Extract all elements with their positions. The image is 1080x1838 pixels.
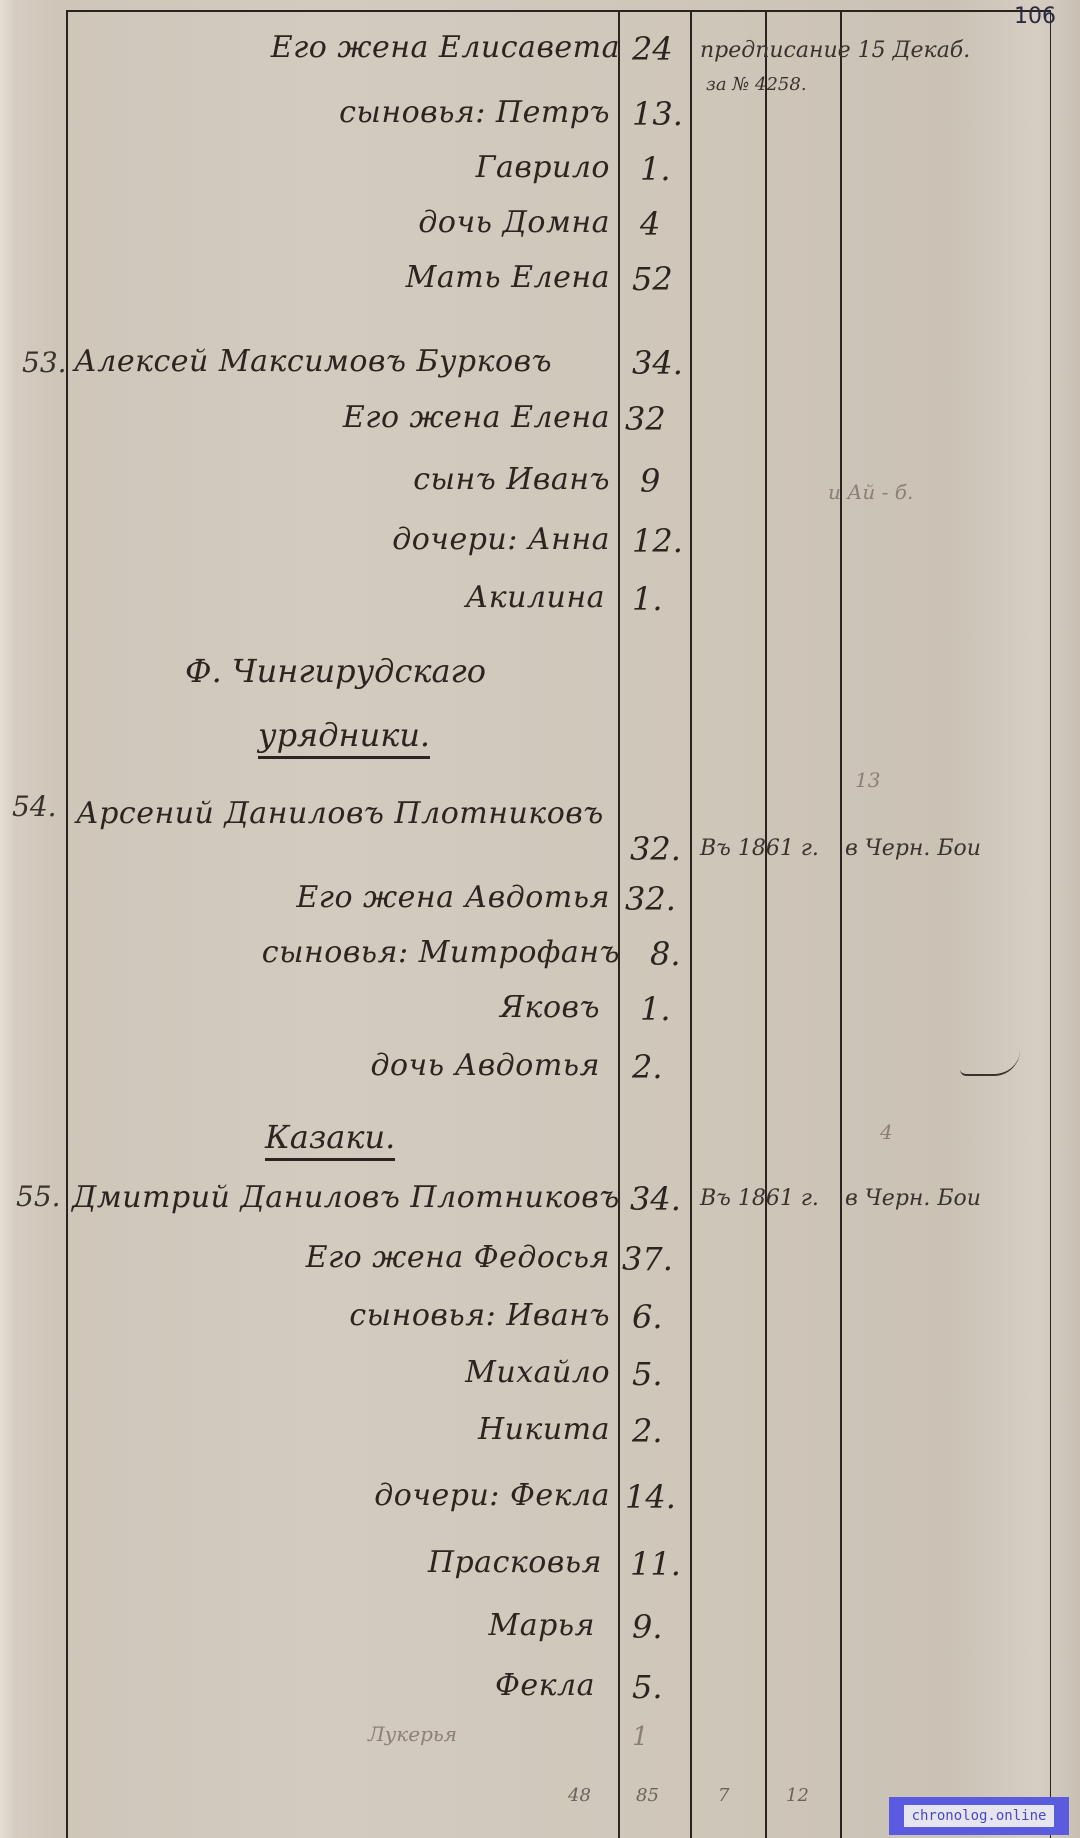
entry-text: Его жена Елисавета bbox=[271, 30, 620, 65]
entry-age: 6. bbox=[632, 1298, 663, 1336]
pencil-note: и Ай - б. bbox=[828, 480, 913, 504]
column-rule-col3 bbox=[765, 10, 767, 1838]
entry-age: 1. bbox=[632, 580, 663, 618]
section-heading-line1: Ф. Чингирудскаго bbox=[185, 652, 486, 692]
entry-text: дочь Домна bbox=[418, 205, 610, 240]
pencil-age: 1 bbox=[632, 1722, 649, 1752]
entry-age: 4 bbox=[640, 205, 660, 243]
signature-flourish bbox=[960, 1050, 1020, 1076]
top-rule bbox=[66, 10, 1051, 12]
entry-text: Его жена Авдотья bbox=[296, 880, 610, 915]
entry-text: Его жена Федосья bbox=[306, 1240, 610, 1275]
page-edge bbox=[0, 0, 18, 1838]
row-number: 55. bbox=[16, 1180, 61, 1213]
column-rule-right bbox=[1050, 10, 1051, 1838]
entry-text: Мать Елена bbox=[406, 260, 610, 295]
total-col4: 12 bbox=[786, 1785, 809, 1806]
pencil-mark: 13 bbox=[855, 768, 880, 792]
entry-text: Фекла bbox=[495, 1668, 595, 1703]
entry-text: Яковъ bbox=[500, 990, 600, 1025]
entry-note-right: в Черн. Бои bbox=[845, 1186, 981, 1211]
pencil-entry: Лукерья bbox=[368, 1722, 457, 1746]
entry-age: 5. bbox=[632, 1355, 663, 1393]
entry-text: дочери: Анна bbox=[392, 522, 610, 557]
entry-note: Въ 1861 г. bbox=[700, 836, 819, 861]
entry-text: Его жена Елена bbox=[343, 400, 610, 435]
entry-age: 9 bbox=[640, 462, 660, 500]
entry-text: сынъ Иванъ bbox=[413, 462, 610, 497]
entry-age: 14. bbox=[625, 1478, 676, 1516]
entry-age: 24 bbox=[632, 30, 673, 68]
entry-age: 13. bbox=[632, 95, 683, 133]
entry-age: 5. bbox=[632, 1668, 663, 1706]
watermark-badge: chronolog.online bbox=[889, 1797, 1069, 1835]
watermark-text: chronolog.online bbox=[904, 1805, 1055, 1827]
entry-text: дочери: Фекла bbox=[374, 1478, 610, 1513]
entry-text: сыновья: Петръ bbox=[339, 95, 610, 130]
entry-text: Никита bbox=[478, 1412, 610, 1447]
folio-number: 106 bbox=[1014, 4, 1056, 29]
entry-text: Гаврило bbox=[476, 150, 610, 185]
entry-age: 52 bbox=[632, 260, 673, 298]
entry-age: 32 bbox=[625, 400, 666, 438]
row-number: 53. bbox=[22, 346, 67, 379]
entry-text: сыновья: Митрофанъ bbox=[262, 935, 620, 970]
entry-age: 1. bbox=[640, 150, 671, 188]
row-number: 54. bbox=[12, 790, 57, 823]
entry-text: Прасковья bbox=[428, 1545, 602, 1580]
entry-age: 34. bbox=[630, 1180, 681, 1218]
entry-age: 2. bbox=[632, 1412, 663, 1450]
section-heading-kazaki: Казаки. bbox=[265, 1118, 395, 1161]
entry-text: Арсений Даниловъ Плотниковъ bbox=[76, 790, 616, 838]
entry-age: 37. bbox=[622, 1240, 673, 1278]
entry-age: 2. bbox=[632, 1048, 663, 1086]
entry-age: 9. bbox=[632, 1608, 663, 1646]
pencil-mark: 4 bbox=[880, 1120, 893, 1144]
entry-note: предписание 15 Декаб. bbox=[700, 38, 970, 63]
entry-text: Михайло bbox=[465, 1355, 610, 1390]
total-col2: 85 bbox=[636, 1785, 659, 1806]
total-col3: 7 bbox=[718, 1785, 729, 1806]
entry-text: дочь Авдотья bbox=[370, 1048, 600, 1083]
entry-age: 34. bbox=[632, 344, 683, 382]
entry-note-2: за № 4258. bbox=[706, 74, 807, 95]
column-rule-rownum bbox=[66, 10, 68, 1838]
entry-text: Марья bbox=[488, 1608, 595, 1643]
total-col1: 48 bbox=[568, 1785, 591, 1806]
entry-age: 32. bbox=[630, 830, 681, 868]
entry-text: Дмитрий Даниловъ Плотниковъ bbox=[72, 1180, 620, 1215]
entry-age: 32. bbox=[625, 880, 676, 918]
entry-note-right: в Черн. Бои bbox=[845, 836, 981, 861]
column-rule-names bbox=[618, 10, 620, 1838]
column-rule-age bbox=[690, 10, 692, 1838]
entry-age: 8. bbox=[650, 935, 681, 973]
entry-text: сыновья: Иванъ bbox=[349, 1298, 610, 1333]
entry-age: 11. bbox=[630, 1545, 681, 1583]
section-heading-line2: урядники. bbox=[258, 716, 430, 759]
entry-age: 1. bbox=[640, 990, 671, 1028]
column-rule-col4 bbox=[840, 10, 842, 1838]
entry-note: Въ 1861 г. bbox=[700, 1186, 819, 1211]
document-page: 106 Его жена Елисавета 24 предписание 15… bbox=[0, 0, 1080, 1838]
entry-text: Акилина bbox=[465, 580, 605, 615]
entry-age: 12. bbox=[632, 522, 683, 560]
entry-text: Алексей Максимовъ Бурковъ bbox=[74, 344, 552, 379]
